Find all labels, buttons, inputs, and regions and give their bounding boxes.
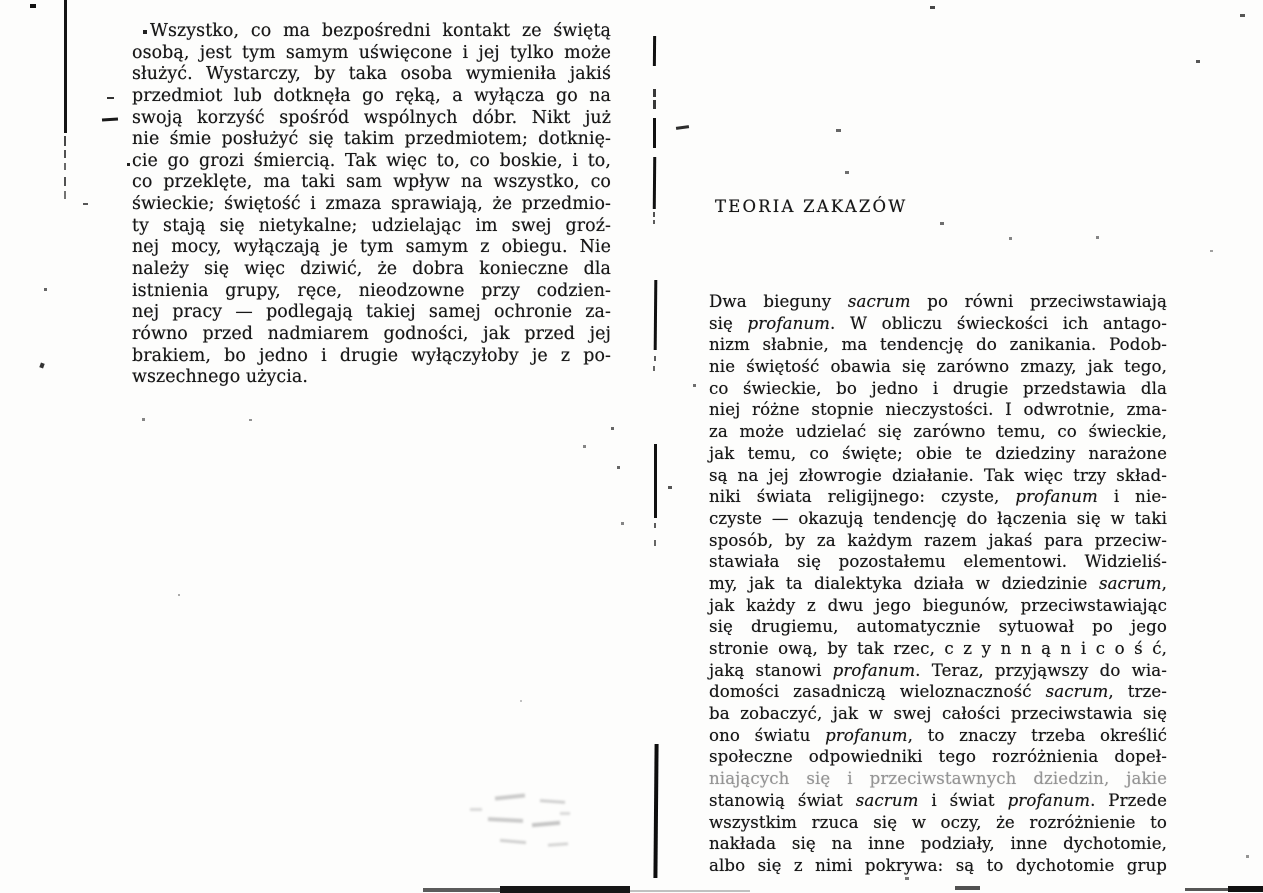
scan-gutter-line bbox=[653, 366, 655, 371]
text-segment: są na jej złowrogie działanie. Tak więc … bbox=[709, 466, 1167, 485]
text-segment: , to znaczy trzeba określić bbox=[908, 726, 1167, 745]
scan-gutter-line bbox=[653, 89, 656, 97]
text-segment: społeczne odpowiedniki tego rozróżnienia… bbox=[709, 747, 1167, 766]
text-segment: się bbox=[709, 314, 748, 333]
text-line: cie go grozi śmiercią. Tak więc to, co b… bbox=[132, 151, 611, 173]
scan-gutter-line bbox=[653, 157, 656, 209]
scan-gutter-line bbox=[653, 744, 658, 878]
scan-speck bbox=[83, 203, 88, 205]
scan-speck bbox=[1240, 14, 1245, 17]
text-line: wszechnego użycia. bbox=[132, 367, 611, 389]
italic-term: profanum bbox=[1008, 791, 1091, 810]
text-line: są na jej złowrogie działanie. Tak więc … bbox=[709, 465, 1167, 487]
italic-term: sacrum bbox=[1099, 574, 1162, 593]
text-segment: niej różne stopnie nieczystości. I odwro… bbox=[709, 400, 1167, 419]
scan-speck bbox=[940, 222, 944, 225]
scan-speck bbox=[178, 594, 180, 596]
scan-gutter-line bbox=[654, 540, 656, 546]
scan-left-margin-dash bbox=[64, 136, 66, 146]
text-line: za może udzielać się zarówno temu, co św… bbox=[709, 421, 1167, 443]
text-segment: sposób, by za każdym razem jakaś para pr… bbox=[709, 531, 1167, 550]
text-line: nakłada się na inne podziały, inne dycho… bbox=[709, 833, 1167, 855]
italic-term: profanum bbox=[833, 661, 916, 680]
text-line: Wszystko, co ma bezpośredni kontakt ze ś… bbox=[132, 21, 611, 43]
text-segment: służyć. Wystarczy, by taka osoba wymieni… bbox=[132, 64, 611, 84]
scan-speck bbox=[621, 522, 624, 525]
text-line: się profanum. W obliczu świeckości ich a… bbox=[709, 313, 1167, 335]
text-line: domości zasadniczą wieloznaczność sacrum… bbox=[709, 681, 1167, 703]
scan-ghost-print bbox=[495, 793, 525, 800]
scan-speck bbox=[142, 418, 145, 421]
text-segment: równo przed nadmiarem godności, jak prze… bbox=[132, 324, 611, 344]
scan-gutter-line bbox=[653, 212, 655, 217]
book-scan-spread: Wszystko, co ma bezpośredni kontakt ze ś… bbox=[0, 0, 1263, 893]
text-segment: brakiem, bo jedno i drugie wyłączyłoby j… bbox=[132, 346, 611, 366]
scan-speck bbox=[30, 4, 36, 8]
text-segment: stanowią świat bbox=[709, 791, 856, 810]
italic-term: sacrum bbox=[1046, 682, 1109, 701]
scan-ghost-print bbox=[560, 812, 570, 815]
scan-bottom-bar bbox=[423, 888, 503, 892]
text-segment: ono światu bbox=[709, 726, 825, 745]
text-segment: i nie- bbox=[1098, 487, 1167, 506]
text-segment: albo się z nimi pokrywa: są to dychotomi… bbox=[709, 856, 1167, 875]
text-segment: należy się więc dziwić, że dobra koniecz… bbox=[132, 259, 611, 279]
scan-gutter-line bbox=[654, 280, 658, 350]
scan-speck bbox=[693, 384, 696, 387]
scan-speck bbox=[845, 171, 849, 174]
text-segment: co przeklęte, ma taki sam wpływ na wszys… bbox=[132, 172, 611, 192]
scan-gutter-line bbox=[654, 356, 656, 361]
text-line: nie śmie posłużyć się takim przedmiotem;… bbox=[132, 129, 611, 151]
scan-speck bbox=[44, 288, 47, 291]
text-line: się drugiemu, automatycznie sytuował po … bbox=[709, 616, 1167, 638]
text-line: czyste — okazują tendencję do łączenia s… bbox=[709, 508, 1167, 530]
scan-bottom-bar bbox=[955, 886, 980, 890]
text-segment: niki świata religijnego: czyste, bbox=[709, 487, 1015, 506]
text-line: jak temu, co święte; obie te dziedziny n… bbox=[709, 443, 1167, 465]
text-segment: nie śmie posłużyć się takim przedmiotem;… bbox=[132, 129, 611, 149]
text-segment: istnienia grupy, ręce, nieodzowne przy c… bbox=[132, 281, 611, 301]
text-segment: . W obliczu świeckości ich antago- bbox=[830, 314, 1167, 333]
scan-speck bbox=[520, 700, 522, 702]
text-segment: ty stają się nietykalne; udzielając im s… bbox=[132, 216, 611, 236]
section-heading: TEORIA ZAKAZÓW bbox=[715, 197, 907, 216]
scan-speck bbox=[905, 877, 909, 880]
left-page-paragraph: Wszystko, co ma bezpośredni kontakt ze ś… bbox=[132, 21, 611, 389]
scan-gutter-line bbox=[653, 100, 656, 109]
text-line: swoją korzyść spośród wspólnych dóbr. Ni… bbox=[132, 108, 611, 130]
text-line: nej pracy — podlegają takiej samej ochro… bbox=[132, 302, 611, 324]
text-segment: cie go grozi śmiercią. Tak więc to, co b… bbox=[132, 151, 611, 171]
text-line: stawiała się pozostałemu elementowi. Wid… bbox=[709, 551, 1167, 573]
text-segment: ba zobaczyć, jak w swej całości przeciws… bbox=[709, 704, 1167, 723]
scan-speck bbox=[930, 6, 935, 9]
text-line: jaką stanowi profanum. Teraz, przyjąwszy… bbox=[709, 660, 1167, 682]
scan-gutter-line bbox=[653, 118, 656, 148]
scan-bottom-bar bbox=[1228, 886, 1263, 892]
text-segment: i świat bbox=[918, 791, 1007, 810]
scan-speck bbox=[107, 97, 114, 99]
text-segment: wszystkim rzuca się w oczy, że rozróżnie… bbox=[709, 813, 1167, 832]
text-line: nizm słabnie, ma tendencję do zanikania.… bbox=[709, 334, 1167, 356]
scan-ghost-print bbox=[500, 839, 526, 844]
italic-term: profanum bbox=[825, 726, 908, 745]
text-segment: Wszystko, co ma bezpośredni kontakt ze ś… bbox=[150, 21, 611, 41]
text-line: wszystkim rzuca się w oczy, że rozróżnie… bbox=[709, 812, 1167, 834]
text-line: świeckie; świętość i zmaza sprawiają, że… bbox=[132, 194, 611, 216]
text-segment: nej mocy, wyłączają je tym samym z obieg… bbox=[132, 237, 611, 257]
text-segment: przedmiot lub dotknęła go ręką, a wyłącz… bbox=[132, 86, 611, 106]
text-segment: nie świętość obawia się zarówno zmazy, j… bbox=[709, 357, 1167, 376]
scan-left-margin-line bbox=[64, 0, 67, 133]
text-line: jak każdy z dwu jego biegunów, przeciwst… bbox=[709, 595, 1167, 617]
right-page-paragraph: Dwa bieguny sacrum po równi przeciwstawi… bbox=[709, 291, 1167, 877]
text-line: co przeklęte, ma taki sam wpływ na wszys… bbox=[132, 172, 611, 194]
text-line: brakiem, bo jedno i drugie wyłączyłoby j… bbox=[132, 346, 611, 368]
text-line: ba zobaczyć, jak w swej całości przeciws… bbox=[709, 703, 1167, 725]
text-line: stanowią świat sacrum i świat profanum. … bbox=[709, 790, 1167, 812]
text-segment: wszechnego użycia. bbox=[132, 367, 308, 387]
text-line: nej mocy, wyłączają je tym samym z obieg… bbox=[132, 237, 611, 259]
scan-bottom-bar bbox=[500, 886, 630, 893]
text-line: sposób, by za każdym razem jakaś para pr… bbox=[709, 530, 1167, 552]
scan-gutter-line bbox=[654, 444, 657, 518]
scan-speck bbox=[143, 30, 147, 34]
scan-speck bbox=[611, 427, 614, 430]
scan-speck bbox=[583, 445, 586, 448]
text-line: społeczne odpowiedniki tego rozróżnienia… bbox=[709, 746, 1167, 768]
scan-left-margin-dash bbox=[64, 191, 66, 199]
text-segment: my, jak ta dialektyka działa w dziedzini… bbox=[709, 574, 1099, 593]
text-segment: za może udzielać się zarówno temu, co św… bbox=[709, 422, 1167, 441]
scan-left-margin-dash bbox=[64, 150, 66, 158]
text-segment: jaką stanowi bbox=[709, 661, 833, 680]
text-segment: się drugiemu, automatycznie sytuował po … bbox=[709, 617, 1167, 636]
text-segment: nej pracy — podlegają takiej samej ochro… bbox=[132, 302, 611, 322]
text-segment: stawiała się pozostałemu elementowi. Wid… bbox=[709, 552, 1167, 571]
scan-ghost-print bbox=[470, 808, 482, 811]
text-segment: jak temu, co święte; obie te dziedziny n… bbox=[709, 444, 1167, 463]
text-segment: , trze- bbox=[1108, 682, 1167, 701]
text-segment: jak każdy z dwu jego biegunów, przeciwst… bbox=[709, 596, 1167, 615]
text-line: istnienia grupy, ręce, nieodzowne przy c… bbox=[132, 281, 611, 303]
scan-gutter-line bbox=[654, 523, 656, 528]
text-line: służyć. Wystarczy, by taka osoba wymieni… bbox=[132, 64, 611, 86]
scan-speck bbox=[617, 466, 620, 469]
text-segment: świeckie; świętość i zmaza sprawiają, że… bbox=[132, 194, 611, 214]
text-line: stronie ową, by tak rzec, c z y n n ą n … bbox=[709, 638, 1167, 660]
text-line: ty stają się nietykalne; udzielając im s… bbox=[132, 216, 611, 238]
text-segment: stronie ową, by tak rzec, c z y n n ą n … bbox=[709, 639, 1167, 658]
text-line: co świeckie, bo jedno i drugie przedstaw… bbox=[709, 378, 1167, 400]
text-line: ono światu profanum, to znaczy trzeba ok… bbox=[709, 725, 1167, 747]
scan-bottom-bar bbox=[630, 890, 750, 892]
scan-speck bbox=[249, 419, 252, 421]
scan-ghost-print bbox=[532, 821, 560, 827]
text-line: niki świata religijnego: czyste, profanu… bbox=[709, 486, 1167, 508]
text-line: niających się i przeciwstawnych dziedzin… bbox=[709, 768, 1167, 790]
text-segment: osobą, jest tym samym uświęcone i jej ty… bbox=[132, 43, 611, 63]
scan-left-margin-dash bbox=[64, 163, 66, 170]
text-segment: niających się i przeciwstawnych dziedzin… bbox=[709, 769, 1167, 788]
italic-term: profanum bbox=[748, 314, 831, 333]
scan-ghost-print bbox=[488, 817, 523, 823]
scan-speck bbox=[1210, 250, 1213, 252]
scan-left-margin-dash bbox=[64, 177, 66, 186]
text-segment: . Teraz, przyjąwszy do wia- bbox=[915, 661, 1167, 680]
text-line: osobą, jest tym samym uświęcone i jej ty… bbox=[132, 43, 611, 65]
text-line: przedmiot lub dotknęła go ręką, a wyłącz… bbox=[132, 86, 611, 108]
text-segment: po równi przeciwstawiają bbox=[911, 292, 1167, 311]
scan-speck bbox=[1196, 60, 1200, 63]
scan-speck bbox=[1009, 237, 1012, 240]
text-segment: swoją korzyść spośród wspólnych dóbr. Ni… bbox=[132, 108, 611, 128]
text-segment: czyste — okazują tendencję do łączenia s… bbox=[709, 509, 1167, 528]
text-segment: . Przede bbox=[1090, 791, 1167, 810]
scan-speck bbox=[127, 163, 130, 166]
text-line: nie świętość obawia się zarówno zmazy, j… bbox=[709, 356, 1167, 378]
scan-margin-dash bbox=[102, 117, 118, 121]
text-segment: , bbox=[1162, 574, 1167, 593]
text-segment: domości zasadniczą wieloznaczność bbox=[709, 682, 1046, 701]
text-segment: nakłada się na inne podziały, inne dycho… bbox=[709, 834, 1167, 853]
scan-gutter-line bbox=[653, 220, 655, 224]
scan-speck bbox=[668, 486, 672, 489]
text-segment: Dwa bieguny bbox=[709, 292, 848, 311]
italic-term: sacrum bbox=[856, 791, 919, 810]
scan-ghost-print bbox=[548, 842, 568, 846]
scan-gutter-line bbox=[653, 36, 656, 66]
italic-term: profanum bbox=[1015, 487, 1098, 506]
italic-term: sacrum bbox=[848, 292, 911, 311]
text-line: my, jak ta dialektyka działa w dziedzini… bbox=[709, 573, 1167, 595]
scan-speck bbox=[1096, 236, 1099, 239]
text-line: równo przed nadmiarem godności, jak prze… bbox=[132, 324, 611, 346]
text-line: Dwa bieguny sacrum po równi przeciwstawi… bbox=[709, 291, 1167, 313]
scan-speck bbox=[1246, 855, 1249, 858]
scan-speck bbox=[39, 362, 44, 368]
text-line: należy się więc dziwić, że dobra koniecz… bbox=[132, 259, 611, 281]
text-segment: nizm słabnie, ma tendencję do zanikania.… bbox=[709, 335, 1167, 354]
text-line: albo się z nimi pokrywa: są to dychotomi… bbox=[709, 855, 1167, 877]
text-segment: co świeckie, bo jedno i drugie przedstaw… bbox=[709, 379, 1167, 398]
scan-speck bbox=[836, 129, 841, 132]
scan-gutter-dash bbox=[676, 125, 689, 130]
scan-ghost-print bbox=[540, 799, 565, 804]
text-line: niej różne stopnie nieczystości. I odwro… bbox=[709, 399, 1167, 421]
